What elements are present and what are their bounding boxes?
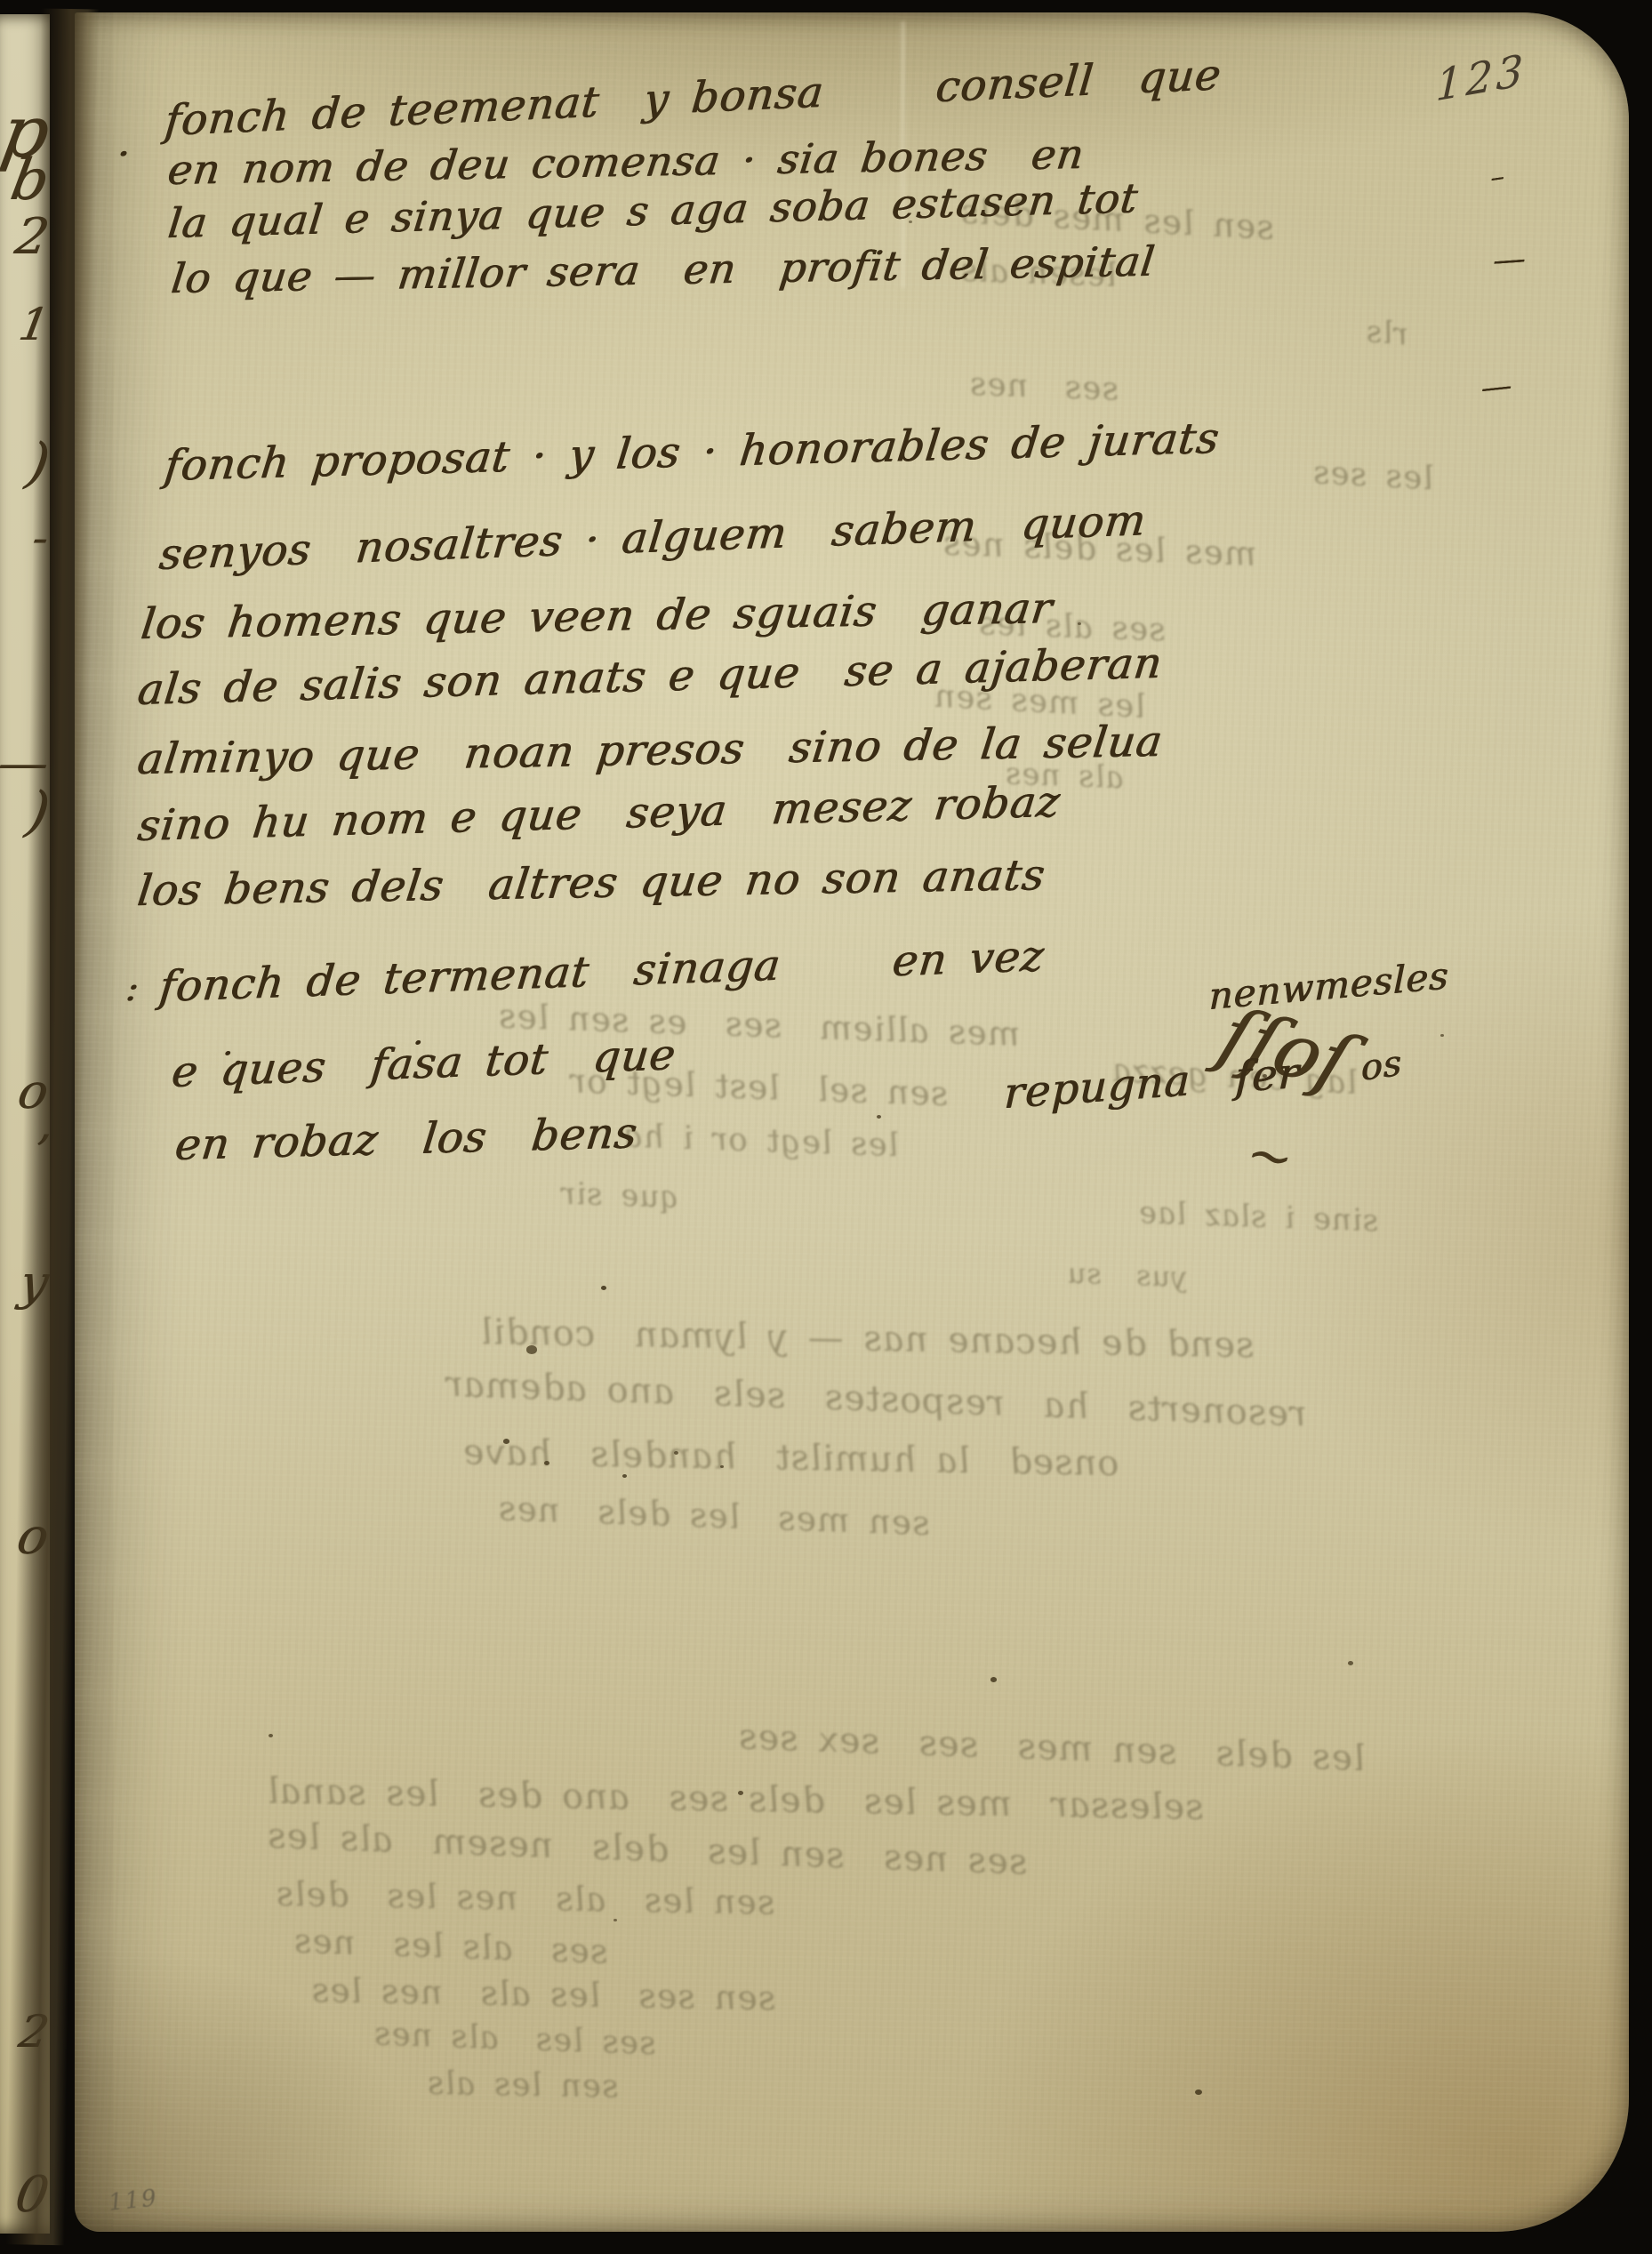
page-fragment: ’	[29, 1126, 50, 1177]
manuscript-page: 123 sen les mes delslesen alsrlsses nesl…	[75, 12, 1629, 2232]
ink-speck	[503, 1439, 509, 1444]
book-photo: pb21)-—)o’yo20 123 sen les mes delslesen…	[0, 0, 1652, 2254]
folio-number: 123	[1435, 48, 1528, 108]
handwriting-line: fonch proposat · y los · honorables de j…	[163, 417, 1222, 487]
handwriting-line: sino hu nom e que seya mesez robaz	[136, 781, 1063, 847]
bleedthrough-line: onsed la humilst handels have	[461, 1435, 1122, 1482]
page-fragment: o	[13, 1508, 50, 1566]
ink-speck	[544, 1461, 549, 1465]
page-fragment: )	[21, 432, 50, 494]
handwriting-mark: –	[1490, 164, 1505, 192]
handwriting-line: los bens dels altres que no son anats	[135, 854, 1047, 912]
ink-speck	[877, 1115, 881, 1119]
bleedthrough-line: ses nes	[967, 369, 1121, 406]
handwriting-mark: ·.	[221, 1039, 246, 1071]
bleedthrough-line: que sir	[558, 1179, 682, 1214]
ink-speck	[738, 1791, 743, 1795]
handwriting-mark: os	[1360, 1046, 1403, 1087]
flourish-scribble: ~	[1239, 1126, 1300, 1187]
bleedthrough-line: ses les als nes	[372, 2019, 659, 2061]
bleedthrough-line: selessar mes les dels ses ano des les sa…	[265, 1774, 1207, 1825]
handwriting-mark: :	[124, 971, 141, 1007]
ink-speck	[1263, 1074, 1267, 1078]
ink-speck	[1348, 1661, 1353, 1665]
handwriting-mark: ·	[115, 135, 132, 174]
ink-speck	[269, 1734, 273, 1737]
bleedthrough-line: rls	[1363, 317, 1410, 350]
page-fragment: 2	[12, 208, 50, 266]
ink-speck	[1195, 2090, 1202, 2095]
handwriting-line: senyos nosaltres · alguem sabem quom	[157, 499, 1148, 576]
page-fragment: 0	[12, 2166, 50, 2224]
bleedthrough-line: les legt or i ha	[621, 1121, 901, 1163]
handwriting-line: en robaz los bens	[173, 1111, 640, 1167]
ink-speck	[601, 1286, 606, 1290]
ink-speck	[622, 1474, 627, 1478]
bleedthrough-line: sine i slaz lae	[1136, 1198, 1381, 1236]
bleedthrough-line: ses nes sen les dels nesem als les	[264, 1818, 1030, 1881]
bleedthrough-line: les dels sen mes ses sex ses	[735, 1720, 1367, 1777]
bleedthrough-line: send de hecane nas — y lyman condil	[478, 1314, 1257, 1363]
handwriting-mark: repugna fer	[1003, 1052, 1300, 1115]
bleedthrough-line: ses als les nes	[291, 1924, 610, 1969]
bleedthrough-line: sen les als	[425, 2068, 621, 2104]
bleedthrough-line: les ses	[1310, 458, 1435, 496]
ink-speck	[613, 1919, 617, 1921]
bleedthrough-line: sen ses les als nes les	[309, 1973, 778, 2015]
ink-speck	[526, 1345, 537, 1354]
handwriting-line: fonch de teemenat y bonsa consell que	[163, 53, 1223, 142]
ink-speck	[1440, 1034, 1444, 1037]
handwriting-line: fonch de termenat sinaga en vez	[157, 934, 1047, 1008]
ink-speck	[990, 1677, 997, 1682]
page-fragment: y	[16, 1255, 50, 1311]
corner-mark: 119	[108, 2186, 159, 2215]
handwriting-line: los homens que veen de sguais ganar	[139, 587, 1055, 646]
handwriting-mark: —	[1481, 370, 1512, 404]
page-fragment: 2	[15, 2006, 50, 2057]
handwriting-mark: —	[1493, 243, 1527, 277]
page-fragment: 1	[15, 299, 50, 350]
page-fragment: -	[28, 512, 50, 564]
page-fragment: o	[14, 1063, 50, 1119]
bleedthrough-line: sen mes les dels nes	[495, 1492, 932, 1541]
ink-speck	[674, 1451, 678, 1455]
bleedthrough-line: resonerts ha respostes sels ano ademar	[442, 1367, 1309, 1432]
bleedthrough-line: yus su	[1065, 1259, 1190, 1292]
bleedthrough-line: sen les als nes les dels	[274, 1877, 777, 1920]
facing-page-edge: pb21)-—)o’yo20	[0, 14, 50, 2234]
